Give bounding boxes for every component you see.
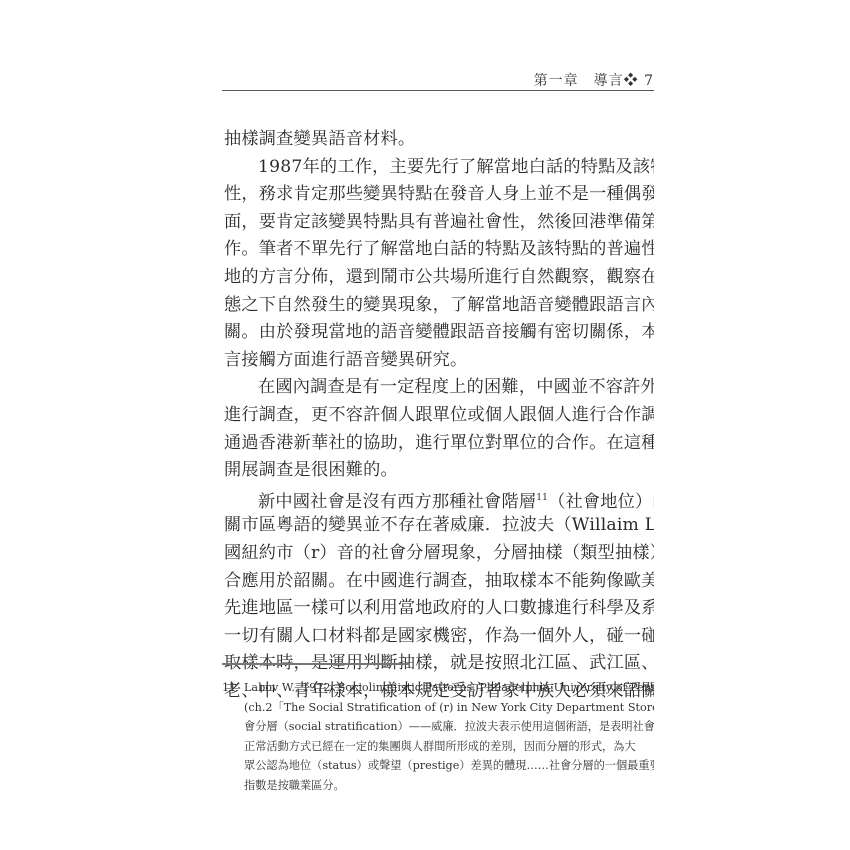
paragraph-line: 作。筆者不單先行了解當地白話的特點及該特點的普遍性，也了解當 [224,236,654,264]
paragraph-line: 開展調查是很困難的。 [224,457,654,485]
paragraph-line: 先進地區一樣可以利用當地政府的人口數據進行科學及系統的抽樣。 [224,595,654,623]
paragraph-line: 進行調查，更不容許個人跟單位或個人跟個人進行合作調查，祇可以 [224,402,654,430]
paragraph-line: 在國內調查是有一定程度上的困難，中國並不容許外地人在國內 [224,374,654,402]
paragraph-line: 關市區粵語的變異並不存在著威廉．拉波夫（Willaim Labov）調查美 [224,512,654,540]
paragraph-line: 言接觸方面進行語音變異研究。 [224,347,654,375]
footnote-line: 指數是按職業區分。 [222,776,654,796]
running-header: 第一章 導言❖ 7 [222,68,654,91]
footnote-line: 眾公認為地位（status）或聲望（prestige）差異的體現……社會分層的一… [222,756,654,776]
footnotes: 11Labov W., 1972. Sociolinguistic Patter… [222,678,654,795]
paragraph-line: 關。由於發現當地的語音變體跟語音接觸有密切關係，本文主要從語 [224,319,654,347]
paragraph-line: 新中國社會是沒有西方那種社會階層11（社會地位）的區分，韶 [224,485,654,513]
footnote-separator [222,663,410,665]
paragraph-line: 面，要肯定該變異特點具有普遍社會性，然後回港準備第二階段的工 [224,209,654,237]
paragraph-line: 態之下自然發生的變異現象，了解當地語音變體跟語言內部的分化無 [224,292,654,320]
footnote-line: 11Labov W., 1972. Sociolinguistic Patter… [222,678,654,698]
body-text: 抽樣調查變異語音材料。 1987年的工作，主要先行了解當地白話的特點及該特點的普… [224,126,654,705]
paragraph-line: 地的方言分佈，還到鬧市公共場所進行自然觀察，觀察在自然發生狀 [224,264,654,292]
paragraph-line: 通過香港新華社的協助，進行單位對單位的合作。在這種種受制下， [224,430,654,458]
paragraph-line: 性，務求肯定那些變異特點在發音人身上並不是一種偶發性。另一方 [224,181,654,209]
running-head-text: 第一章 導言❖ 7 [534,70,654,90]
paragraph-line: 合應用於韶關。在中國進行調查，抽取樣本不能夠像歐美國家或香港 [224,568,654,596]
footnote-line: (ch.2「The Social Stratification of (r) i… [222,698,654,718]
paragraph-line: 國紐約市（r）音的社會分層現象，分層抽樣（類型抽樣）自然不適 [224,540,654,568]
footnote-reference[interactable]: 11 [536,493,548,503]
footnote-line: 會分層（social stratification）——威廉．拉波夫表示使用這個… [222,717,654,737]
footnote-number: 11 [222,678,244,698]
paragraph-line: 一切有關人口材料都是國家機密，作為一個外人，碰一碰也不宜。抽 [224,623,654,651]
paragraph-line: 1987年的工作，主要先行了解當地白話的特點及該特點的普遍 [224,154,654,182]
text-after-footnote: （社會地位）的區分，韶 [548,492,654,512]
footnote-line: 正常活動方式已經在一定的集團與人群間所形成的差別，因而分層的形式，為大 [222,737,654,757]
footnote-text: Labov W., 1972. Sociolinguistic Patterns… [244,681,654,694]
paragraph-line: 抽樣調查變異語音材料。 [224,126,654,154]
text-before-footnote: 新中國社會是沒有西方那種社會階層 [258,492,536,512]
